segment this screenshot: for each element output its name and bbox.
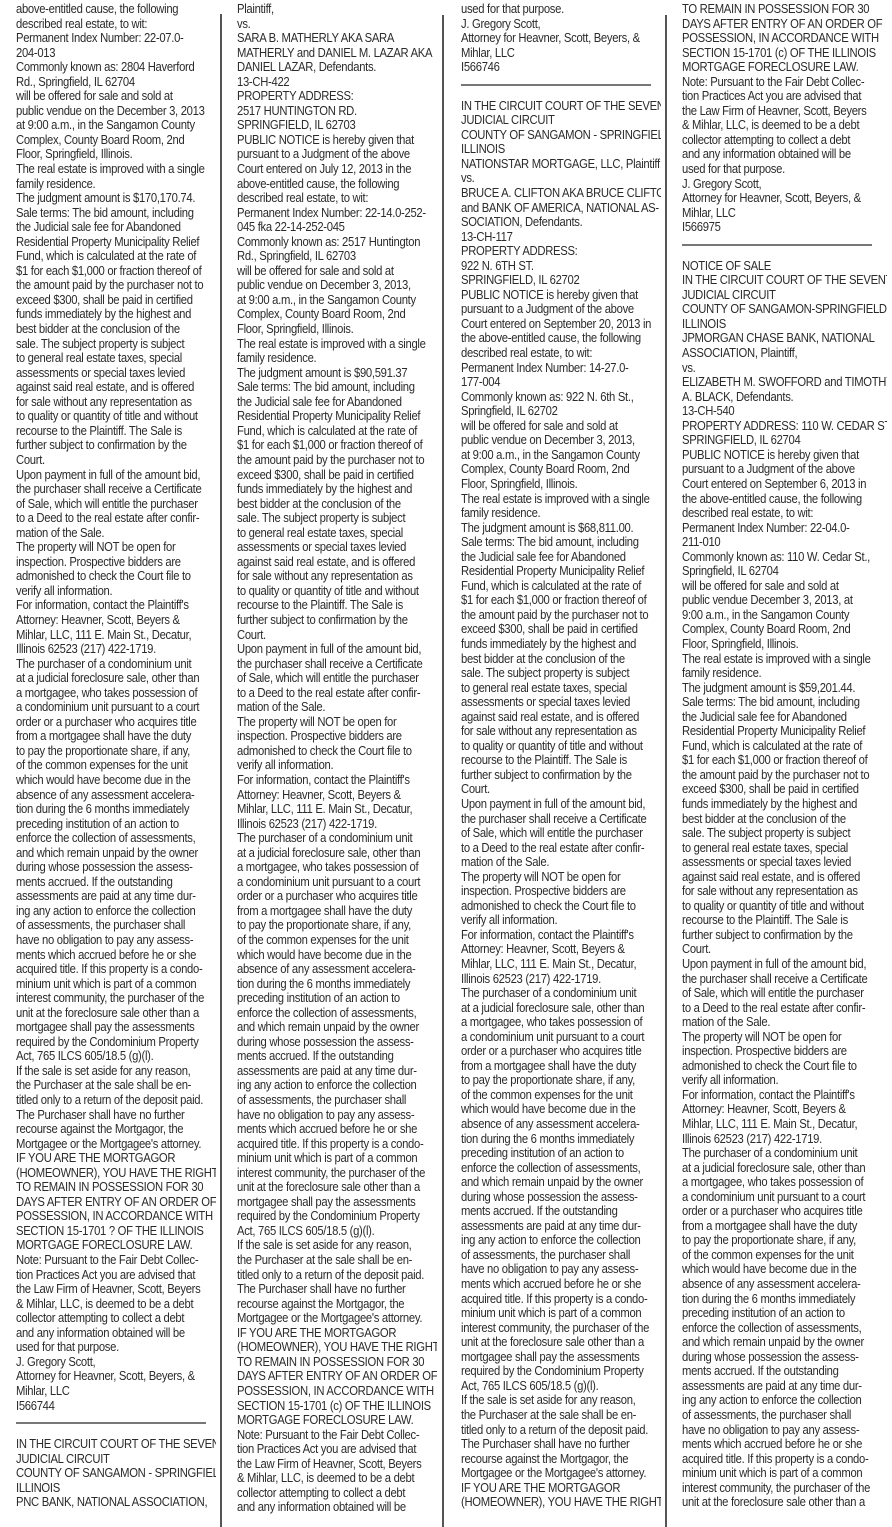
notice-line: preceding institution of an action to: [16, 817, 188, 832]
notice-line: titled only to a return of the deposit p…: [461, 1423, 633, 1438]
notice-line: from a mortgagee shall have the duty: [16, 729, 188, 744]
notice-line: public vendue on December 3, 2013,: [237, 278, 409, 293]
notice-line: used for that purpose.: [461, 2, 633, 17]
notice-line: exceed $300, shall be paid in certified: [16, 293, 188, 308]
notice-line: Attorney for Heavner, Scott, Beyers, &: [16, 1369, 188, 1384]
notice-line: Commonly known as: 110 W. Cedar St.,: [682, 550, 858, 565]
notice-line: titled only to a return of the deposit p…: [16, 1093, 188, 1108]
notice-line: the Law Firm of Heavner, Scott, Beyers: [16, 1282, 188, 1297]
notice-line: above-entitled cause, the following: [237, 177, 409, 192]
notice-line: Court.: [682, 942, 858, 957]
notice-line: ing any action to enforce the collection: [682, 1393, 858, 1408]
notice-line: Floor, Springfield, Illinois.: [16, 147, 188, 162]
notice-line: mation of the Sale.: [682, 1015, 858, 1030]
notice-line: POSSESSION, IN ACCORDANCE WITH: [682, 31, 858, 46]
notice-line: vs.: [237, 17, 409, 32]
notice-line: Floor, Springfield, Illinois.: [461, 477, 633, 492]
notice-line: a mortgagee, who takes possession of: [461, 1015, 633, 1030]
notice-line: DAYS AFTER ENTRY OF AN ORDER OF: [237, 1369, 409, 1384]
notice-line: Illinois 62523 (217) 422-1719.: [682, 1132, 858, 1147]
notice-line: against said real estate, and is offered: [682, 870, 858, 885]
notice-line: Attorney for Heavner, Scott, Beyers, &: [461, 31, 633, 46]
notice-line: at a judicial foreclosure sale, other th…: [461, 1001, 633, 1016]
notice-line: the amount paid by the purchaser not to: [682, 768, 858, 783]
notice-line: interest community, the purchaser of the: [16, 991, 188, 1006]
notice-line: The property will NOT be open for: [461, 870, 633, 885]
column-divider: [220, 14, 222, 1527]
notice-line: of Sale, which will entitle the purchase…: [16, 497, 188, 512]
column-divider: [665, 15, 667, 1527]
notice-line: admonished to check the Court file to: [16, 569, 188, 584]
notice-line: to a Deed to the real estate after confi…: [237, 686, 409, 701]
notice-line: the Judicial sale fee for Abandoned: [461, 550, 633, 565]
notice-line: best bidder at the conclusion of the: [682, 812, 858, 827]
notice-line: ILLINOIS: [461, 142, 633, 157]
notice-line: to general real estate taxes, special: [461, 681, 633, 696]
notice-line: the Purchaser at the sale shall be en-: [237, 1253, 409, 1268]
legal-notice: NOTICE OF SALEIN THE CIRCUIT COURT OF TH…: [682, 259, 887, 1510]
notice-line: verify all information.: [461, 913, 633, 928]
notice-line: Illinois 62523 (217) 422-1719.: [16, 642, 188, 657]
notice-line: the Purchaser at the sale shall be en-: [16, 1078, 188, 1093]
notice-line: absence of any assessment accelera-: [682, 1277, 858, 1292]
legal-notices-page: above-entitled cause, the followingdescr…: [0, 0, 892, 1527]
notice-line: recourse against the Mortgagor, the: [237, 1297, 409, 1312]
notice-line: described real estate, to wit:: [461, 346, 633, 361]
notice-line: $1 for each $1,000 or fraction thereof o…: [682, 753, 858, 768]
notice-line: PROPERTY ADDRESS:: [461, 244, 633, 259]
notice-line: at a judicial foreclosure sale, other th…: [682, 1161, 858, 1176]
notice-line: Permanent Index Number: 14-27.0-: [461, 361, 633, 376]
notice-line: family residence.: [16, 177, 188, 192]
notice-line: further subject to confirmation by the: [16, 438, 188, 453]
notice-line: required by the Condominium Property: [461, 1364, 633, 1379]
notice-line: public vendue on the December 3, 2013: [16, 104, 188, 119]
notice-line: further subject to confirmation by the: [237, 613, 409, 628]
notice-line: NATIONSTAR MORTGAGE, LLC, Plaintiff,: [461, 157, 633, 172]
notice-line: acquired title. If this property is a co…: [461, 1292, 633, 1307]
notice-line: inspection. Prospective bidders are: [237, 729, 409, 744]
notice-line: sale. The subject property is subject: [16, 337, 188, 352]
notice-line: J. Gregory Scott,: [461, 17, 633, 32]
notice-line: (HOMEOWNER), YOU HAVE THE RIGHT: [461, 1495, 633, 1510]
notice-line: inspection. Prospective bidders are: [461, 884, 633, 899]
legal-notice: above-entitled cause, the followingdescr…: [16, 2, 216, 1413]
notice-line: at a judicial foreclosure sale, other th…: [237, 846, 409, 861]
notice-line: best bidder at the conclusion of the: [16, 322, 188, 337]
notice-line: ments which accrued before he or she: [237, 1122, 409, 1137]
notice-line: Attorney: Heavner, Scott, Beyers &: [237, 788, 409, 803]
notice-line: Court.: [461, 782, 633, 797]
notice-line: For information, contact the Plaintiff's: [682, 1088, 858, 1103]
notice-line: 045 fka 22-14-252-045: [237, 220, 409, 235]
notice-line: PROPERTY ADDRESS:: [237, 89, 409, 104]
notice-line: the above-entitled cause, the following: [682, 492, 858, 507]
notice-line: Sale terms: The bid amount, including: [682, 695, 858, 710]
notice-line: unit at the foreclosure sale other than …: [16, 1006, 188, 1021]
notice-line: have no obligation to pay any assess-: [237, 1108, 409, 1123]
notice-line: Rd., Springfield, IL 62704: [16, 75, 188, 90]
notice-line: SARA B. MATHERLY AKA SARA: [237, 31, 409, 46]
column-1: above-entitled cause, the followingdescr…: [16, 2, 216, 1527]
notice-line: ments which accrued before he or she: [16, 948, 188, 963]
notice-line: a condominium unit pursuant to a court: [237, 875, 409, 890]
notice-line: PNC BANK, NATIONAL ASSOCIATION,: [16, 1495, 188, 1510]
notice-line: If the sale is set aside for any reason,: [237, 1238, 409, 1253]
notice-line: verify all information.: [682, 1073, 858, 1088]
notice-line: family residence.: [682, 666, 858, 681]
notice-line: The judgment amount is $68,811.00.: [461, 521, 633, 536]
notice-line: Fund, which is calculated at the rate of: [16, 249, 188, 264]
notice-line: J. Gregory Scott,: [16, 1355, 188, 1370]
notice-line: a condominium unit pursuant to a court: [682, 1190, 858, 1205]
notice-line: family residence.: [237, 351, 409, 366]
column-divider: [442, 15, 444, 1527]
notice-line: from a mortgagee shall have the duty: [237, 904, 409, 919]
notice-line: further subject to confirmation by the: [682, 928, 858, 943]
notice-line: PUBLIC NOTICE is hereby given that: [682, 448, 858, 463]
notice-line: a mortgagee, who takes possession of: [237, 860, 409, 875]
notice-line: assessments or special taxes levied: [461, 695, 633, 710]
notice-line: recourse against the Mortgagor, the: [461, 1452, 633, 1467]
notice-line: mation of the Sale.: [461, 855, 633, 870]
notice-line: interest community, the purchaser of the: [682, 1481, 858, 1496]
notice-line: have no obligation to pay any assess-: [16, 933, 188, 948]
notice-line: during whose possession the assess-: [237, 1035, 409, 1050]
notice-line: the amount paid by the purchaser not to: [16, 278, 188, 293]
notice-line: will be offered for sale and sold at: [16, 89, 188, 104]
notice-line: to a Deed to the real estate after confi…: [16, 511, 188, 526]
notice-line: will be offered for sale and sold at: [682, 579, 858, 594]
notice-line: COUNTY OF SANGAMON - SPRINGFIELD,: [16, 1466, 188, 1481]
notice-line: Upon payment in full of the amount bid,: [16, 468, 188, 483]
notice-line: to quality or quantity of title and with…: [237, 584, 409, 599]
notice-line: the purchaser shall receive a Certificat…: [16, 482, 188, 497]
notice-line: to pay the proportionate share, if any,: [237, 918, 409, 933]
notice-line: SECTION 15-1701 (c) OF THE ILLINOIS: [237, 1399, 409, 1414]
notice-line: of assessments, the purchaser shall: [682, 1408, 858, 1423]
notice-line: Note: Pursuant to the Fair Debt Collec-: [16, 1253, 188, 1268]
notice-line: of Sale, which will entitle the purchase…: [237, 671, 409, 686]
notice-line: have no obligation to pay any assess-: [682, 1423, 858, 1438]
notice-line: above-entitled cause, the following: [16, 2, 188, 17]
legal-notice: IN THE CIRCUIT COURT OF THE SEVENTHJUDIC…: [16, 1437, 216, 1510]
notice-line: IF YOU ARE THE MORTGAGOR: [16, 1151, 188, 1166]
notice-line: Sale terms: The bid amount, including: [237, 380, 409, 395]
notice-line: assessments or special taxes levied: [237, 540, 409, 555]
notice-line: have no obligation to pay any assess-: [461, 1262, 633, 1277]
notice-line: The Purchaser shall have no further: [16, 1108, 188, 1123]
notice-line: SPRINGFIELD, IL 62703: [237, 118, 409, 133]
notice-line: which would have become due in the: [461, 1102, 633, 1117]
notice-line: MATHERLY and DANIEL M. LAZAR AKA: [237, 46, 409, 61]
notice-line: Note: Pursuant to the Fair Debt Collec-: [682, 75, 858, 90]
notice-line: funds immediately by the highest and: [461, 637, 633, 652]
notice-line: tion Practices Act you are advised that: [682, 89, 858, 104]
notice-line: $1 for each $1,000 or fraction thereof o…: [237, 438, 409, 453]
notice-line: to general real estate taxes, special: [16, 351, 188, 366]
notice-line: The purchaser of a condominium unit: [16, 657, 188, 672]
notice-line: preceding institution of an action to: [237, 991, 409, 1006]
notice-line: to quality or quantity of title and with…: [682, 899, 858, 914]
notice-line: preceding institution of an action to: [682, 1306, 858, 1321]
notice-line: Act, 765 ILCS 605/18.5 (g)(l).: [16, 1049, 188, 1064]
notice-line: The real estate is improved with a singl…: [461, 492, 633, 507]
notice-line: Permanent Index Number: 22-14.0-252-: [237, 206, 409, 221]
notice-line: ing any action to enforce the collection: [461, 1233, 633, 1248]
notice-line: funds immediately by the highest and: [682, 797, 858, 812]
notice-line: The purchaser of a condominium unit: [237, 831, 409, 846]
notice-line: PUBLIC NOTICE is hereby given that: [237, 133, 409, 148]
notice-line: ILLINOIS: [682, 317, 858, 332]
notice-line: admonished to check the Court file to: [461, 899, 633, 914]
notice-line: SPRINGFIELD, IL 62704: [682, 433, 858, 448]
notice-line: tion during the 6 months immediately: [16, 802, 188, 817]
notice-line: a condominium unit pursuant to a court: [461, 1030, 633, 1045]
notice-line: the above-entitled cause, the following: [461, 331, 633, 346]
notice-line: enforce the collection of assessments,: [461, 1161, 633, 1176]
notice-line: during whose possession the assess-: [16, 860, 188, 875]
notice-line: Mortgagee or the Mortgagee's attorney.: [461, 1466, 633, 1481]
notice-line: acquired title. If this property is a co…: [16, 962, 188, 977]
notice-line: and any information obtained will be: [16, 1326, 188, 1341]
notice-line: I566975: [682, 220, 858, 235]
notice-line: the Judicial sale fee for Abandoned: [682, 710, 858, 725]
notice-line: during whose possession the assess-: [682, 1350, 858, 1365]
notice-line: minium unit which is part of a common: [682, 1466, 858, 1481]
notice-line: POSSESSION, IN ACCORDANCE WITH: [16, 1209, 188, 1224]
notice-line: Complex, County Board Room, 2nd: [237, 307, 409, 322]
notice-line: The judgment amount is $90,591.37: [237, 366, 409, 381]
notice-line: the Purchaser at the sale shall be en-: [461, 1408, 633, 1423]
notice-line: the purchaser shall receive a Certificat…: [237, 657, 409, 672]
notice-line: mortgagee shall pay the assessments: [16, 1020, 188, 1035]
notice-line: recourse to the Plaintiff. The Sale is: [237, 598, 409, 613]
notice-line: COUNTY OF SANGAMON-SPRINGFIELD,: [682, 302, 858, 317]
notice-line: sale. The subject property is subject: [237, 511, 409, 526]
notice-line: required by the Condominium Property: [16, 1035, 188, 1050]
notice-line: Complex, County Board Room, 2nd: [16, 133, 188, 148]
notice-line: against said real estate, and is offered: [461, 710, 633, 725]
notice-line: ments accrued. If the outstanding: [682, 1364, 858, 1379]
notice-line: A. BLACK, Defendants.: [682, 390, 858, 405]
notice-line: tion during the 6 months immediately: [237, 977, 409, 992]
notice-line: Mihlar, LLC: [16, 1384, 188, 1399]
notice-line: for sale without any representation as: [461, 724, 633, 739]
notice-line: Residential Property Municipality Relief: [237, 409, 409, 424]
notice-line: J. Gregory Scott,: [682, 177, 858, 192]
notice-line: I566744: [16, 1399, 188, 1414]
notice-line: admonished to check the Court file to: [237, 744, 409, 759]
notice-line: which would have become due in the: [682, 1262, 858, 1277]
notice-line: described real estate, to wit:: [682, 506, 858, 521]
notice-line: SECTION 15-1701 (c) OF THE ILLINOIS: [682, 46, 858, 61]
notice-line: recourse to the Plaintiff. The Sale is: [461, 753, 633, 768]
notice-line: exceed $300, shall be paid in certified: [237, 468, 409, 483]
notice-line: The property will NOT be open for: [16, 540, 188, 555]
notice-line: the amount paid by the purchaser not to: [461, 608, 633, 623]
notice-line: unit at the foreclosure sale other than …: [461, 1335, 633, 1350]
notice-line: ing any action to enforce the collection: [16, 904, 188, 919]
notice-line: described real estate, to wit:: [237, 191, 409, 206]
notice-line: The real estate is improved with a singl…: [16, 162, 188, 177]
notice-line: public vendue on December 3, 2013,: [461, 433, 633, 448]
notice-line: 9:00 a.m., in the Sangamon County: [682, 608, 858, 623]
notice-line: 2517 HUNTINGTON RD.: [237, 104, 409, 119]
notice-line: Upon payment in full of the amount bid,: [682, 957, 858, 972]
notice-line: Attorney for Heavner, Scott, Beyers, &: [682, 191, 858, 206]
notice-line: titled only to a return of the deposit p…: [237, 1268, 409, 1283]
notice-line: described real estate, to wit:: [16, 17, 188, 32]
notice-line: TO REMAIN IN POSSESSION FOR 30: [237, 1355, 409, 1370]
notice-line: assessments are paid at any time dur-: [237, 1064, 409, 1079]
notice-line: ILLINOIS: [16, 1481, 188, 1496]
notice-line: tion during the 6 months immediately: [461, 1132, 633, 1147]
notice-line: Commonly known as: 922 N. 6th St.,: [461, 390, 633, 405]
notice-line: order or a purchaser who acquires title: [237, 889, 409, 904]
notice-line: against said real estate, and is offered: [16, 380, 188, 395]
notice-line: 177-004: [461, 375, 633, 390]
notice-line: 204-013: [16, 46, 188, 61]
notice-line: for sale without any representation as: [237, 569, 409, 584]
notice-line: the Judicial sale fee for Abandoned: [16, 220, 188, 235]
notice-line: the purchaser shall receive a Certificat…: [682, 972, 858, 987]
notice-line: mation of the Sale.: [16, 526, 188, 541]
notice-line: the purchaser shall receive a Certificat…: [461, 812, 633, 827]
notice-line: 922 N. 6TH ST.: [461, 259, 633, 274]
notice-line: TO REMAIN IN POSSESSION FOR 30: [682, 2, 858, 17]
notice-line: ments accrued. If the outstanding: [461, 1204, 633, 1219]
notice-line: sale. The subject property is subject: [682, 826, 858, 841]
notice-line: which would have become due in the: [237, 948, 409, 963]
notice-line: Floor, Springfield, Illinois.: [682, 637, 858, 652]
notice-line: will be offered for sale and sold at: [461, 419, 633, 434]
notice-line: DANIEL LAZAR, Defendants.: [237, 60, 409, 75]
notice-line: Fund, which is calculated at the rate of: [237, 424, 409, 439]
notice-line: and any information obtained will be: [682, 147, 858, 162]
notice-line: Rd., Springfield, IL 62703: [237, 249, 409, 264]
notice-line: verify all information.: [237, 758, 409, 773]
notice-line: mation of the Sale.: [237, 700, 409, 715]
notice-line: to general real estate taxes, special: [237, 526, 409, 541]
notice-line: DAYS AFTER ENTRY OF AN ORDER OF: [682, 17, 858, 32]
notice-line: Sale terms: The bid amount, including: [16, 206, 188, 221]
notice-line: further subject to confirmation by the: [461, 768, 633, 783]
notice-line: Mihlar, LLC, 111 E. Main St., Decatur,: [461, 957, 633, 972]
notice-line: to pay the proportionate share, if any,: [461, 1073, 633, 1088]
notice-line: For information, contact the Plaintiff's: [237, 773, 409, 788]
notice-line: PROPERTY ADDRESS: 110 W. CEDAR ST.: [682, 419, 858, 434]
notice-line: inspection. Prospective bidders are: [16, 555, 188, 570]
notice-line: Complex, County Board Room, 2nd: [461, 462, 633, 477]
notice-line: & Mihlar, LLC, is deemed to be a debt: [682, 118, 858, 133]
notice-line: Illinois 62523 (217) 422-1719.: [237, 817, 409, 832]
notice-line: acquired title. If this property is a co…: [237, 1137, 409, 1152]
notice-line: order or a purchaser who acquires title: [16, 715, 188, 730]
notice-line: best bidder at the conclusion of the: [461, 652, 633, 667]
notice-line: $1 for each $1,000 or fraction thereof o…: [16, 264, 188, 279]
notice-line: (HOMEOWNER), YOU HAVE THE RIGHT: [237, 1340, 409, 1355]
notice-line: Mortgagee or the Mortgagee's attorney.: [16, 1137, 188, 1152]
notice-line: Commonly known as: 2517 Huntington: [237, 235, 409, 250]
notice-line: Court.: [16, 453, 188, 468]
notice-line: the Judicial sale fee for Abandoned: [237, 395, 409, 410]
notice-line: order or a purchaser who acquires title: [682, 1204, 858, 1219]
notice-line: Act, 765 ILCS 605/18.5 (g)(l).: [461, 1379, 633, 1394]
notice-line: for sale without any representation as: [682, 884, 858, 899]
notice-line: acquired title. If this property is a co…: [682, 1452, 858, 1467]
notice-line: absence of any assessment accelera-: [237, 962, 409, 977]
notice-line: used for that purpose.: [16, 1340, 188, 1355]
notice-line: The Purchaser shall have no further: [461, 1437, 633, 1452]
notice-line: of the common expenses for the unit: [16, 758, 188, 773]
notice-line: pursuant to a Judgment of the above: [461, 302, 633, 317]
notice-line: The judgment amount is $170,170.74.: [16, 191, 188, 206]
notice-line: minium unit which is part of a common: [461, 1306, 633, 1321]
notice-line: The purchaser of a condominium unit: [682, 1146, 858, 1161]
notice-line: pursuant to a Judgment of the above: [237, 147, 409, 162]
notice-line: assessments are paid at any time dur-: [682, 1379, 858, 1394]
notice-line: of Sale, which will entitle the purchase…: [682, 986, 858, 1001]
notice-line: For information, contact the Plaintiff's: [16, 598, 188, 613]
notice-line: vs.: [682, 361, 858, 376]
notice-line: Court entered on July 12, 2013 in the: [237, 162, 409, 177]
notice-line: from a mortgagee shall have the duty: [682, 1219, 858, 1234]
notice-line: IF YOU ARE THE MORTGAGOR: [461, 1481, 633, 1496]
notice-line: SPRINGFIELD, IL 62702: [461, 273, 633, 288]
notice-line: ELIZABETH M. SWOFFORD and TIMOTHY: [682, 375, 858, 390]
notice-line: interest community, the purchaser of the: [237, 1166, 409, 1181]
notice-line: IN THE CIRCUIT COURT OF THE SEVENTH: [461, 99, 633, 114]
notice-line: and which remain unpaid by the owner: [16, 846, 188, 861]
notice-line: enforce the collection of assessments,: [682, 1321, 858, 1336]
notice-line: The real estate is improved with a singl…: [682, 652, 858, 667]
notice-line: inspection. Prospective bidders are: [682, 1044, 858, 1059]
notice-line: Mortgagee or the Mortgagee's attorney.: [237, 1311, 409, 1326]
notice-line: 211-010: [682, 535, 858, 550]
notice-line: The judgment amount is $59,201.44.: [682, 681, 858, 696]
notice-line: Court entered on September 6, 2013 in: [682, 477, 858, 492]
notice-line: Attorney: Heavner, Scott, Beyers &: [682, 1102, 858, 1117]
notice-line: Floor, Springfield, Illinois.: [237, 322, 409, 337]
notice-line: 13-CH-540: [682, 404, 858, 419]
notice-line: during whose possession the assess-: [461, 1190, 633, 1205]
notice-line: IN THE CIRCUIT COURT OF THE SEVENTH: [682, 273, 858, 288]
notice-line: and which remain unpaid by the owner: [682, 1335, 858, 1350]
notice-line: verify all information.: [16, 584, 188, 599]
notice-line: Mihlar, LLC: [461, 46, 633, 61]
notice-line: best bidder at the conclusion of the: [237, 497, 409, 512]
notice-line: Fund, which is calculated at the rate of: [682, 739, 858, 754]
notice-line: Plaintiff,: [237, 2, 409, 17]
notice-line: from a mortgagee shall have the duty: [461, 1059, 633, 1074]
notice-line: ing any action to enforce the collection: [237, 1078, 409, 1093]
notice-line: Mihlar, LLC, 111 E. Main St., Decatur,: [16, 628, 188, 643]
notice-line: to a Deed to the real estate after confi…: [682, 1001, 858, 1016]
notice-line: The purchaser of a condominium unit: [461, 986, 633, 1001]
notice-line: to pay the proportionate share, if any,: [16, 744, 188, 759]
notice-line: IN THE CIRCUIT COURT OF THE SEVENTH: [16, 1437, 188, 1452]
notice-line: ments accrued. If the outstanding: [16, 875, 188, 890]
notice-line: assessments are paid at any time dur-: [16, 889, 188, 904]
notice-line: the Law Firm of Heavner, Scott, Beyers: [682, 104, 858, 119]
notice-line: a mortgagee, who takes possession of: [16, 686, 188, 701]
notice-line: absence of any assessment accelera-: [16, 788, 188, 803]
notice-line: JUDICIAL CIRCUIT: [16, 1452, 188, 1467]
notice-line: & Mihlar, LLC, is deemed to be a debt: [16, 1297, 188, 1312]
notice-line: admonished to check the Court file to: [682, 1059, 858, 1074]
notice-line: Residential Property Municipality Relief: [682, 724, 858, 739]
